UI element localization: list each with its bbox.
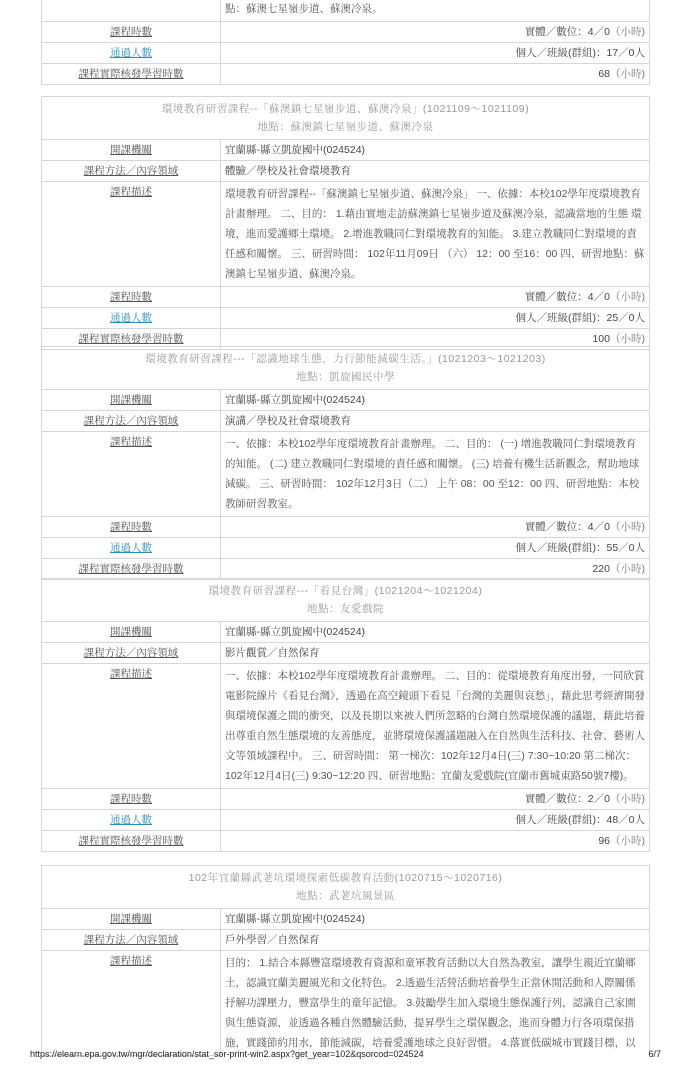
course-title: 環境教育研習課程---「看見台灣」(1021204～1021204) <box>46 582 645 600</box>
org-label[interactable]: 開課機關 <box>42 140 221 161</box>
desc-label-cell <box>42 0 221 22</box>
desc-label[interactable]: 課程描述 <box>42 951 221 1056</box>
hours-label[interactable]: 課程時數 <box>42 22 221 43</box>
course-location: 地點：蘇澳鎮七星嶺步道、蘇澳冷泉 <box>46 118 645 136</box>
course-title: 環境教育研習課程--「蘇澳鎮七星嶺步道、蘇澳冷泉」(1021109～102110… <box>46 100 645 118</box>
desc-label[interactable]: 課程描述 <box>42 432 221 517</box>
hours-value: 實體／數位：4／0（小時) <box>221 287 650 308</box>
course-header: 環境教育研習課程--「蘇澳鎮七星嶺步道、蘇澳冷泉」(1021109～102110… <box>42 97 650 140</box>
desc-value: 目的： 1.結合本縣豐富環境教育資源和童軍教育活動以大自然為教室，讓學生親近宜蘭… <box>221 951 650 1056</box>
actual-hours-label[interactable]: 課程實際核發學習時數 <box>42 559 221 580</box>
method-value: 演講／學校及社會環境教育 <box>221 411 650 432</box>
course-location: 地點：凱旋國民中學 <box>46 368 645 386</box>
course-location: 地點：武荖坑風景區 <box>46 887 645 905</box>
course-header: 環境教育研習課程---「認識地球生態，力行節能減碳生活。」(1021203～10… <box>42 347 650 390</box>
passed-label-link[interactable]: 通過人數 <box>42 810 221 831</box>
hours-label[interactable]: 課程時數 <box>42 517 221 538</box>
hours-value: 實體／數位：4／0（小時) <box>221 22 650 43</box>
actual-hours-value: 68（小時) <box>221 64 650 85</box>
course-title: 102年宜蘭縣武荖坑環境探索低碳教育活動(1020715～1020716) <box>46 869 645 887</box>
desc-value: 環境教育研習課程--「蘇澳鎮七星嶺步道、蘇澳冷泉」 一、依據：本校102學年度環… <box>221 182 650 287</box>
course-header: 環境教育研習課程---「看見台灣」(1021204～1021204) 地點：友愛… <box>42 579 650 622</box>
course-header: 102年宜蘭縣武荖坑環境探索低碳教育活動(1020715～1020716) 地點… <box>42 866 650 909</box>
actual-hours-label[interactable]: 課程實際核發學習時數 <box>42 831 221 852</box>
course-block-fragment: 點：蘇澳七星嶺步道、蘇澳冷泉。 課程時數 實體／數位：4／0（小時) 通過人數 … <box>41 0 650 85</box>
method-value: 影片觀賞／自然保育 <box>221 643 650 664</box>
method-label[interactable]: 課程方法／內容領域 <box>42 643 221 664</box>
org-value: 宜蘭縣-縣立凱旋國中(024524) <box>221 390 650 411</box>
method-label[interactable]: 課程方法／內容領域 <box>42 161 221 182</box>
course-title: 環境教育研習課程---「認識地球生態，力行節能減碳生活。」(1021203～10… <box>46 350 645 368</box>
desc-label[interactable]: 課程描述 <box>42 182 221 287</box>
passed-label-link[interactable]: 通過人數 <box>42 43 221 64</box>
method-value: 體驗／學校及社會環境教育 <box>221 161 650 182</box>
hours-value: 實體／數位：4／0（小時) <box>221 517 650 538</box>
org-value: 宜蘭縣-縣立凱旋國中(024524) <box>221 622 650 643</box>
hours-value: 實體／數位：2／0（小時) <box>221 789 650 810</box>
passed-value: 個人／班級(群組)：48／0人 <box>221 810 650 831</box>
desc-label[interactable]: 課程描述 <box>42 664 221 789</box>
method-label[interactable]: 課程方法／內容領域 <box>42 930 221 951</box>
desc-tail: 點：蘇澳七星嶺步道、蘇澳冷泉。 <box>221 0 650 22</box>
desc-value: 一、依據：本校102學年度環境教育計畫辦理。 二、目的：從環境教育角度出發，一同… <box>221 664 650 789</box>
passed-label-link[interactable]: 通過人數 <box>42 308 221 329</box>
footer-page-number: 6/7 <box>648 1049 661 1059</box>
passed-value: 個人／班級(群組)：17／0人 <box>221 43 650 64</box>
course-block: 環境教育研習課程--「蘇澳鎮七星嶺步道、蘇澳冷泉」(1021109～102110… <box>41 96 650 350</box>
passed-value: 個人／班級(群組)：25／0人 <box>221 308 650 329</box>
method-value: 戶外學習／自然保育 <box>221 930 650 951</box>
course-location: 地點：友愛戲院 <box>46 600 645 618</box>
actual-hours-label[interactable]: 課程實際核發學習時數 <box>42 64 221 85</box>
org-label[interactable]: 開課機關 <box>42 622 221 643</box>
actual-hours-value: 220（小時) <box>221 559 650 580</box>
method-label[interactable]: 課程方法／內容領域 <box>42 411 221 432</box>
hours-label[interactable]: 課程時數 <box>42 287 221 308</box>
course-block: 102年宜蘭縣武荖坑環境探索低碳教育活動(1020715～1020716) 地點… <box>41 865 650 1056</box>
hours-label[interactable]: 課程時數 <box>42 789 221 810</box>
org-value: 宜蘭縣-縣立凱旋國中(024524) <box>221 140 650 161</box>
org-label[interactable]: 開課機關 <box>42 390 221 411</box>
course-block: 環境教育研習課程---「看見台灣」(1021204～1021204) 地點：友愛… <box>41 578 650 852</box>
footer-url: https://elearn.epa.gov.tw/mgr/declaratio… <box>30 1049 424 1059</box>
org-label[interactable]: 開課機關 <box>42 909 221 930</box>
desc-value: 一、依據：本校102學年度環境教育計畫辦理。 二、目的： (一) 增進教職同仁對… <box>221 432 650 517</box>
print-footer: https://elearn.epa.gov.tw/mgr/declaratio… <box>30 1049 661 1059</box>
org-value: 宜蘭縣-縣立凱旋國中(024524) <box>221 909 650 930</box>
course-block: 環境教育研習課程---「認識地球生態，力行節能減碳生活。」(1021203～10… <box>41 346 650 580</box>
passed-value: 個人／班級(群組)：55／0人 <box>221 538 650 559</box>
actual-hours-value: 96（小時) <box>221 831 650 852</box>
passed-label-link[interactable]: 通過人數 <box>42 538 221 559</box>
